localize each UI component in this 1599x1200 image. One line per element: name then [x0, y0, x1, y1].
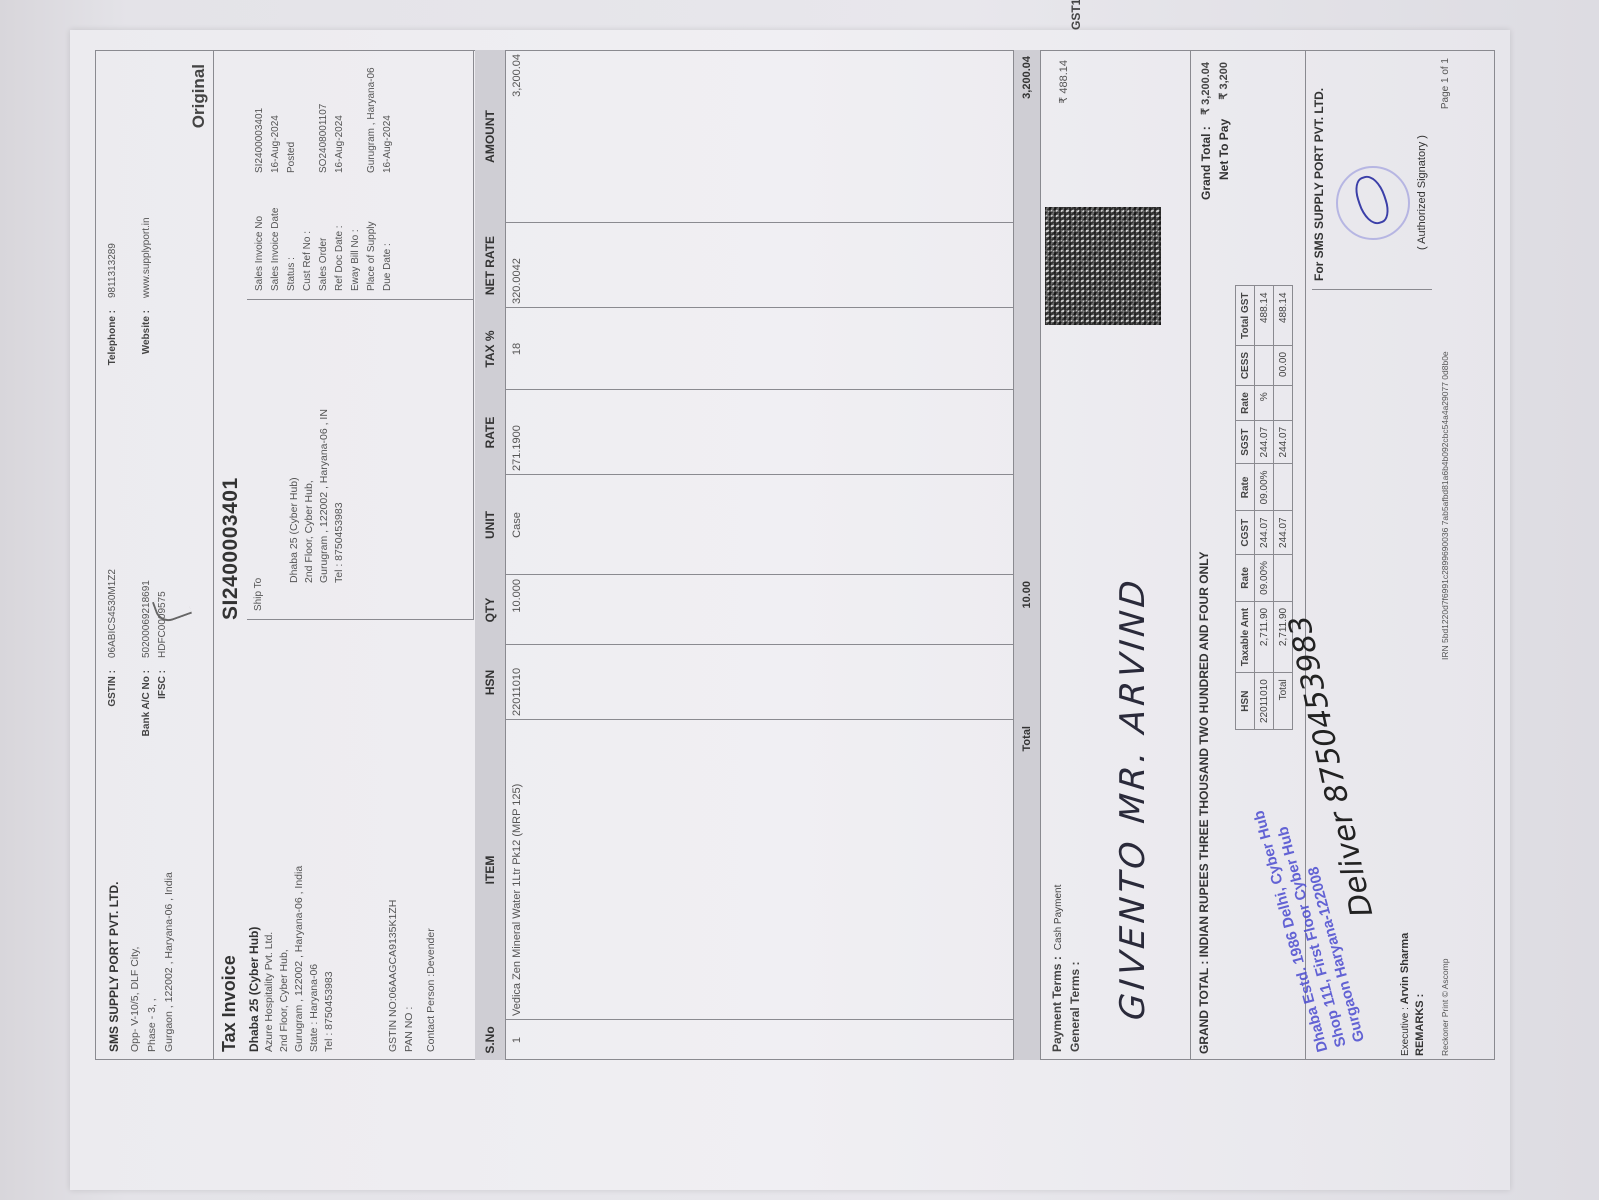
meta-row: Sales OrderSO2408001107	[317, 61, 331, 291]
company-header: SMS SUPPLY PORT PVT. LTD. Opp- V-10/5, D…	[95, 50, 214, 1060]
authorized-signatory: ( Authorized Signatory )	[1416, 135, 1428, 250]
meta-row: Eway Bill No :	[349, 61, 363, 291]
page-number: Page 1 of 1	[1440, 58, 1451, 109]
company-gstin: GSTIN :06ABICS4530M1Z2	[105, 569, 121, 760]
qr-code	[1045, 207, 1161, 325]
gst-label: GST18%	[1069, 0, 1083, 30]
col-amount: AMOUNT 3,200.04 3,200.04	[475, 50, 1040, 223]
col-tax: TAX % 18	[475, 307, 1040, 390]
net-to-pay-value: ₹ 3,200	[1215, 62, 1233, 115]
signature-section: Dhaba Estd. 1986 Delhi, Cyber Hub Shop 1…	[1305, 50, 1436, 1060]
ship-to-block: Ship To Dhaba 25 (Cyber Hub) 2nd Floor, …	[247, 299, 474, 620]
hsn-tax-summary: HSNTaxable AmtRateCGSTRateSGSTRateCESSTo…	[1235, 285, 1293, 730]
amount-in-words: GRAND TOTAL : INDIAN RUPEES THREE THOUSA…	[1197, 552, 1211, 1054]
bill-to-block: Dhaba 25 (Cyber Hub) Azure Hospitality P…	[247, 866, 337, 1052]
items-table: S.No 1 ITEM Vedica Zen Mineral Water 1Lt…	[475, 50, 1040, 1060]
grand-total-row: GRAND TOTAL : INDIAN RUPEES THREE THOUSA…	[1190, 50, 1241, 1060]
tax-invoice-document: SMS SUPPLY PORT PVT. LTD. Opp- V-10/5, D…	[95, 50, 1495, 1060]
company-website: Website :www.supplyport.in	[139, 217, 155, 400]
invoice-parties: Tax Invoice SI2400003401 Dhaba 25 (Cyber…	[213, 50, 476, 1060]
col-item: ITEM Vedica Zen Mineral Water 1Ltr Pk12 …	[475, 719, 1040, 1020]
invoice-meta: Sales Invoice NoSI2400003401Sales Invoic…	[247, 50, 474, 300]
col-sno: S.No 1	[475, 1019, 1040, 1060]
meta-row: Ref Doc Date :16-Aug-2024	[333, 61, 347, 291]
item-description: Vedica Zen Mineral Water 1Ltr Pk12 (MRP …	[511, 724, 523, 1016]
irn-code: IRN 5bd1220d7f6991c2899690036 7ab5afbd81…	[1440, 351, 1450, 660]
invoice-meta-table: Sales Invoice NoSI2400003401Sales Invoic…	[251, 59, 397, 293]
handwritten-note: GIVENTO MR. ARVIND	[1113, 575, 1153, 1022]
copy-label: Original	[189, 64, 209, 128]
col-hsn: HSN 22011010	[475, 644, 1040, 720]
document-title: Tax Invoice	[219, 955, 240, 1052]
company-address: Opp- V-10/5, DLF City, Phase - 3, , Gurg…	[127, 872, 178, 1052]
meta-row: Cust Ref No :	[301, 61, 315, 291]
col-rate: RATE 271.1900	[475, 389, 1040, 475]
meta-row: Sales Invoice NoSI2400003401	[253, 61, 267, 291]
company-name: SMS SUPPLY PORT PVT. LTD.	[107, 882, 121, 1052]
hsn-row: Total2,711.90244.07244.0700.00488.14	[1274, 286, 1293, 730]
meta-row: Sales Invoice Date16-Aug-2024	[269, 61, 283, 291]
company-telephone: Telephone :9811313289	[105, 243, 121, 400]
col-net-rate: NET RATE 320.0042	[475, 222, 1040, 308]
col-qty: QTY 10.000 10.00	[475, 574, 1040, 645]
gst-amount: ₹ 488.14	[1057, 60, 1070, 104]
grand-total-value: ₹ 3,200.04	[1197, 62, 1215, 115]
hsn-row: 220110102,711.9009.00%244.0709.00%244.07…	[1255, 286, 1274, 730]
meta-row: Status :Posted	[285, 61, 299, 291]
bill-to-tax-info: GSTIN NO:06AAGCA9135K1ZH PAN NO : Contac…	[385, 900, 439, 1052]
col-unit: UNIT Case	[475, 474, 1040, 575]
meta-row: Place of SupplyGurugram , Haryana-06	[365, 61, 379, 291]
meta-row: Due Date :16-Aug-2024	[381, 61, 395, 291]
payment-section: Payment Terms :Cash Payment General Term…	[1040, 50, 1191, 1060]
invoice-number: SI2400003401	[219, 477, 243, 620]
